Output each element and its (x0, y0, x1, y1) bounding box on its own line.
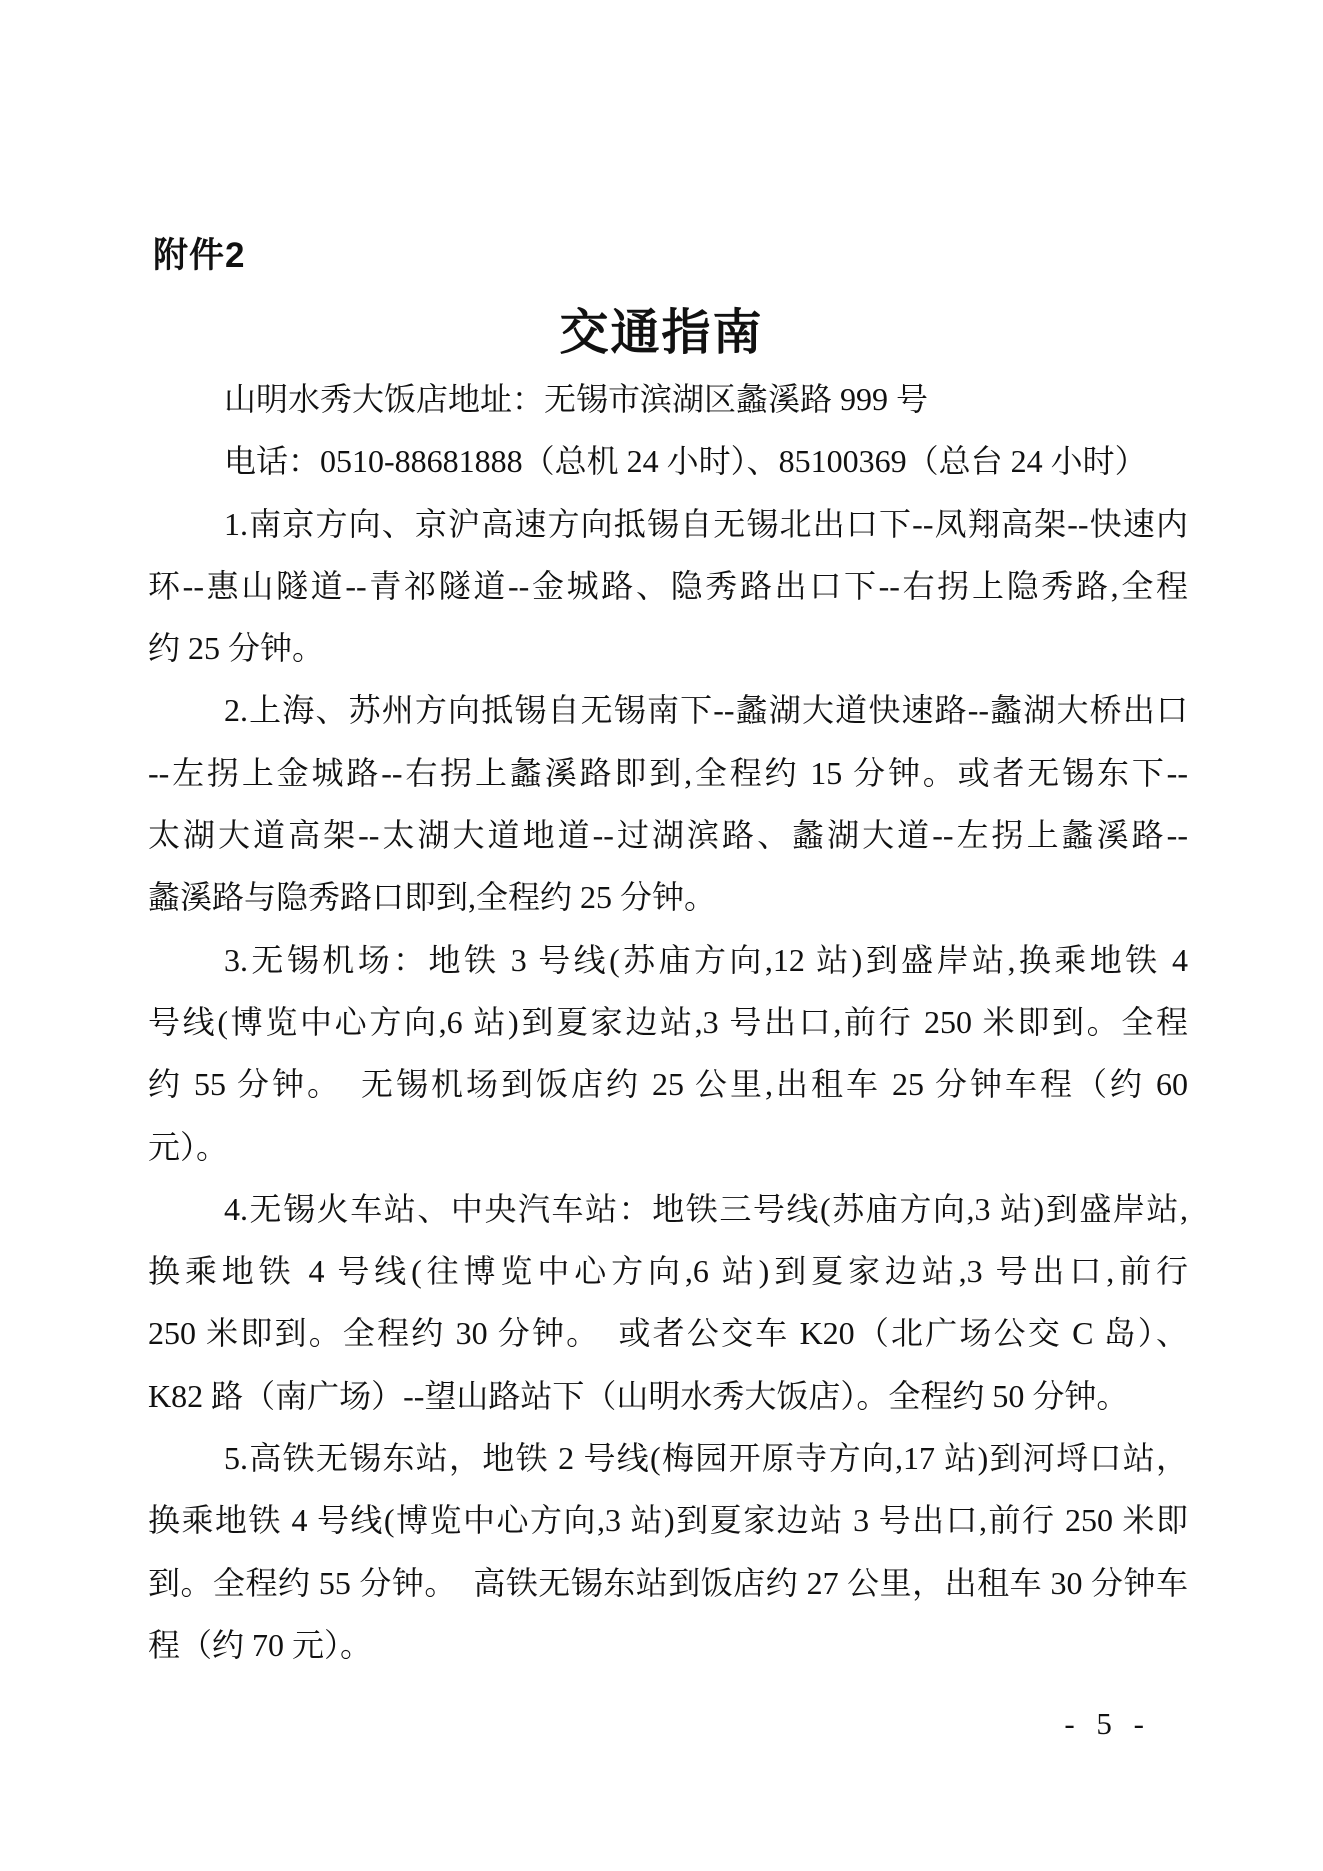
doc-line: 换乘地铁 4 号线(博览中心方向,3 站)到夏家边站 3 号出口,前行 250 … (148, 1489, 1188, 1551)
doc-line: 约 55 分钟。 无锡机场到饭店约 25 公里,出租车 25 分钟车程（约 60 (148, 1053, 1188, 1115)
doc-line: 元）。 (148, 1116, 1188, 1178)
document-body: 山明水秀大饭店地址：无锡市滨湖区蠡溪路 999 号 电话：0510-886818… (148, 368, 1188, 1676)
page-number: - 5 - (1064, 1706, 1151, 1742)
doc-line: 3.无锡机场：地铁 3 号线(苏庙方向,12 站)到盛岸站,换乘地铁 4 (148, 929, 1188, 991)
doc-line-address: 山明水秀大饭店地址：无锡市滨湖区蠡溪路 999 号 (148, 368, 1188, 430)
doc-line: 换乘地铁 4 号线(往博览中心方向,6 站)到夏家边站,3 号出口,前行 (148, 1240, 1188, 1302)
doc-line: 250 米即到。全程约 30 分钟。 或者公交车 K20（北广场公交 C 岛）、 (148, 1302, 1188, 1364)
doc-line: 到。全程约 55 分钟。 高铁无锡东站到饭店约 27 公里，出租车 30 分钟车 (148, 1552, 1188, 1614)
doc-line: 太湖大道高架--太湖大道地道--过湖滨路、蠡湖大道--左拐上蠡溪路-- (148, 804, 1188, 866)
doc-line: 号线(博览中心方向,6 站)到夏家边站,3 号出口,前行 250 米即到。全程 (148, 991, 1188, 1053)
doc-line: 2.上海、苏州方向抵锡自无锡南下--蠡湖大道快速路--蠡湖大桥出口 (148, 679, 1188, 741)
doc-line: 蠡溪路与隐秀路口即到,全程约 25 分钟。 (148, 866, 1188, 928)
document-page: 附件2 交通指南 山明水秀大饭店地址：无锡市滨湖区蠡溪路 999 号 电话：05… (0, 0, 1323, 1871)
doc-line-phone: 电话：0510-88681888（总机 24 小时）、85100369（总台 2… (148, 430, 1188, 492)
doc-line: K82 路（南广场）--望山路站下（山明水秀大饭店）。全程约 50 分钟。 (148, 1365, 1188, 1427)
doc-line: 环--惠山隧道--青祁隧道--金城路、隐秀路出口下--右拐上隐秀路,全程 (148, 555, 1188, 617)
doc-line: 5.高铁无锡东站，地铁 2 号线(梅园开原寺方向,17 站)到河埒口站， (148, 1427, 1188, 1489)
page-title: 交通指南 (0, 294, 1323, 364)
attachment-label: 附件2 (153, 228, 245, 278)
doc-line: 约 25 分钟。 (148, 617, 1188, 679)
doc-line: --左拐上金城路--右拐上蠡溪路即到,全程约 15 分钟。或者无锡东下-- (148, 742, 1188, 804)
doc-line: 4.无锡火车站、中央汽车站：地铁三号线(苏庙方向,3 站)到盛岸站, (148, 1178, 1188, 1240)
doc-line: 程（约 70 元）。 (148, 1614, 1188, 1676)
doc-line: 1.南京方向、京沪高速方向抵锡自无锡北出口下--凤翔高架--快速内 (148, 493, 1188, 555)
